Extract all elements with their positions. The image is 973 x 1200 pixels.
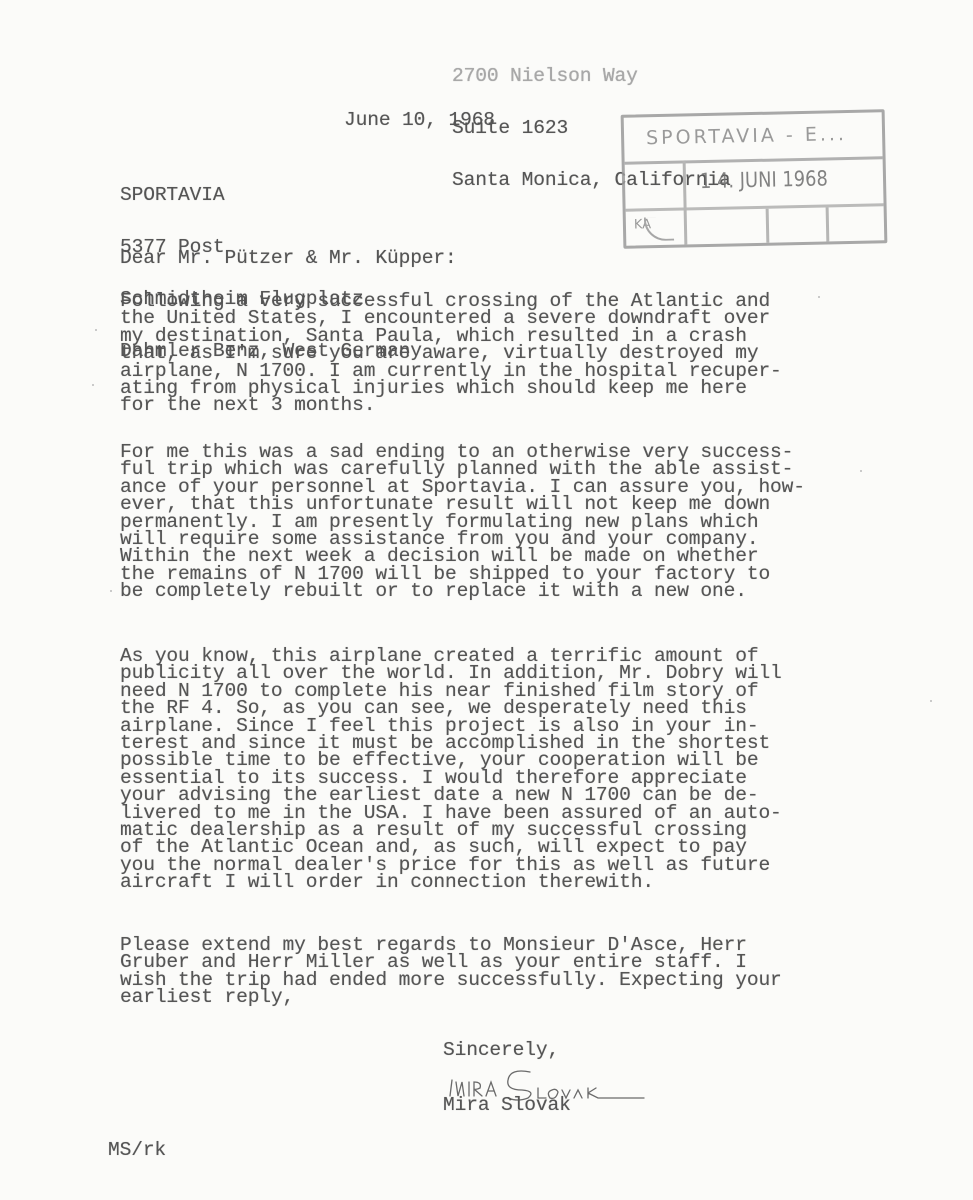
stamp-arc-mark xyxy=(644,217,674,242)
stamp-date-row: 1 4. JUNI 1968 xyxy=(625,159,884,211)
stamp-date: 1 4. JUNI 1968 xyxy=(700,166,828,193)
salutation: Dear Mr. Pützer & Mr. Küpper: xyxy=(120,250,457,267)
paper-speck xyxy=(95,329,97,331)
paper-speck xyxy=(92,384,94,386)
paragraph-line: earliest reply, xyxy=(120,989,782,1006)
paper-speck xyxy=(930,700,932,702)
paper-speck xyxy=(860,470,862,472)
typed-name: Mira Slovak xyxy=(443,1097,571,1114)
paper-speck xyxy=(110,590,112,592)
letter-page: 2700 Nielson Way Suite 1623 Santa Monica… xyxy=(0,0,973,1200)
stamp-divider xyxy=(766,209,770,243)
closing: Sincerely, xyxy=(443,1042,559,1059)
body-paragraph-1: Following a very successful crossing of … xyxy=(120,293,782,415)
letter-date: June 10, 1968 xyxy=(344,112,495,129)
recipient-address-line: SPORTAVIA xyxy=(120,187,422,204)
paragraph-line: be completely rebuilt or to replace it w… xyxy=(120,583,805,600)
paragraph-line: for the next 3 months. xyxy=(120,397,782,414)
body-paragraph-3: As you know, this airplane created a ter… xyxy=(120,648,782,891)
stamp-divider xyxy=(826,207,830,241)
sender-address-line: 2700 Nielson Way xyxy=(452,68,731,85)
received-stamp: SPORTAVIA - E... 1 4. JUNI 1968 KA xyxy=(621,109,888,248)
stamp-header: SPORTAVIA - E... xyxy=(624,112,883,164)
paper-speck xyxy=(818,296,820,298)
typist-initials: MS/rk xyxy=(108,1142,166,1159)
body-paragraph-2: For me this was a sad ending to an other… xyxy=(120,444,805,601)
paragraph-line: aircraft I will order in connection ther… xyxy=(120,874,782,891)
stamp-title: SPORTAVIA - E... xyxy=(646,123,847,149)
body-paragraph-4: Please extend my best regards to Monsieu… xyxy=(120,937,782,1007)
